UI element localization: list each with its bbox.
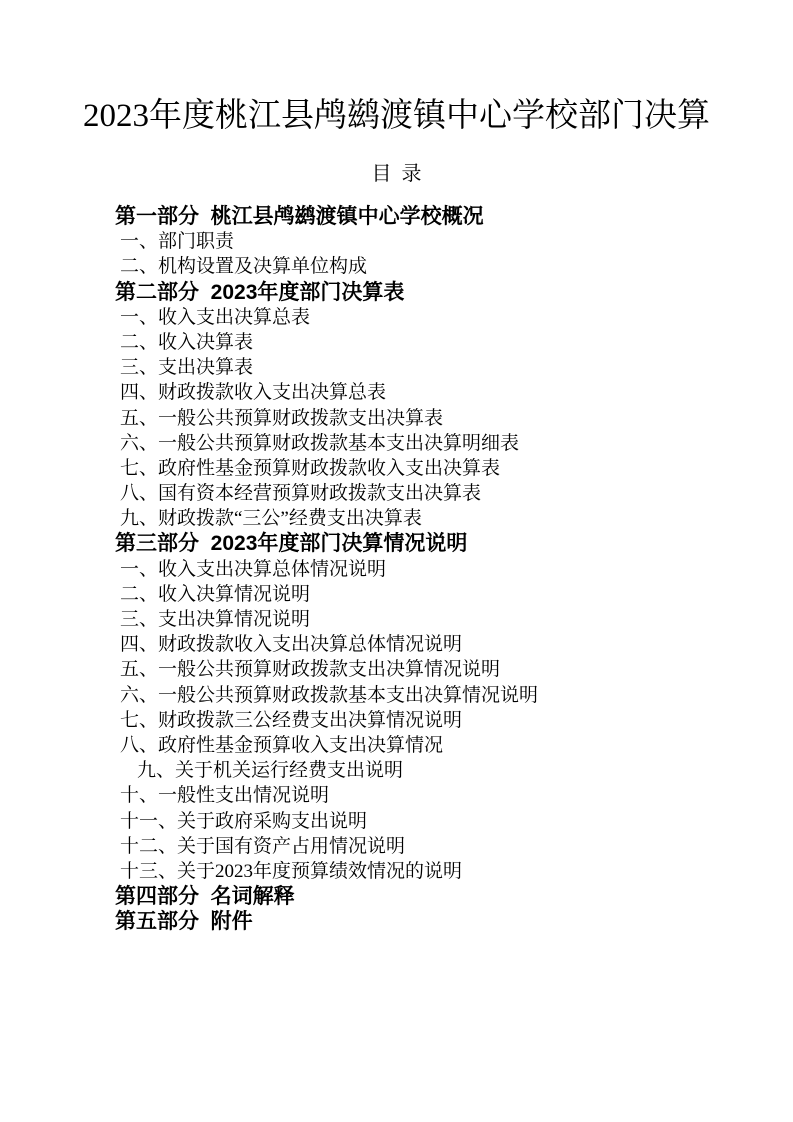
toc-item: 七、政府性基金预算财政拨款收入支出决算表: [0, 456, 793, 481]
toc-item: 八、政府性基金预算收入支出决算情况: [0, 733, 793, 758]
toc-item: 七、财政拨款三公经费支出决算情况说明: [0, 708, 793, 733]
toc-part-heading: 第一部分 桃江县鸬鹚渡镇中心学校概况: [0, 204, 793, 229]
toc-part-heading: 第三部分 2023年度部门决算情况说明: [0, 531, 793, 556]
toc-item: 二、收入决算表: [0, 330, 793, 355]
toc-item: 五、一般公共预算财政拨款支出决算情况说明: [0, 657, 793, 682]
toc-part-heading: 第四部分 名词解释: [0, 884, 793, 909]
toc-item: 一、收入支出决算总体情况说明: [0, 557, 793, 582]
toc-item: 九、关于机关运行经费支出说明: [0, 758, 793, 783]
toc-item: 四、财政拨款收入支出决算总体情况说明: [0, 632, 793, 657]
document-page: 2023年度桃江县鸬鹚渡镇中心学校部门决算 目 录 第一部分 桃江县鸬鹚渡镇中心…: [0, 0, 793, 1122]
toc-item: 八、国有资本经营预算财政拨款支出决算表: [0, 481, 793, 506]
toc-item: 五、一般公共预算财政拨款支出决算表: [0, 406, 793, 431]
toc-item: 四、财政拨款收入支出决算总表: [0, 380, 793, 405]
toc-item: 二、机构设置及决算单位构成: [0, 254, 793, 279]
toc-item: 三、支出决算情况说明: [0, 607, 793, 632]
toc-part-heading: 第五部分 附件: [0, 909, 793, 934]
toc-item: 十一、关于政府采购支出说明: [0, 809, 793, 834]
toc-item: 十、一般性支出情况说明: [0, 783, 793, 808]
table-of-contents: 第一部分 桃江县鸬鹚渡镇中心学校概况一、部门职责二、机构设置及决算单位构成第二部…: [0, 204, 793, 934]
toc-part-heading: 第二部分 2023年度部门决算表: [0, 280, 793, 305]
toc-heading: 目 录: [0, 160, 793, 188]
toc-item: 十三、关于2023年度预算绩效情况的说明: [0, 859, 793, 884]
toc-item: 三、支出决算表: [0, 355, 793, 380]
toc-item: 六、一般公共预算财政拨款基本支出决算情况说明: [0, 683, 793, 708]
toc-item: 二、收入决算情况说明: [0, 582, 793, 607]
document-title: 2023年度桃江县鸬鹚渡镇中心学校部门决算: [0, 96, 793, 136]
toc-item: 六、一般公共预算财政拨款基本支出决算明细表: [0, 431, 793, 456]
toc-item: 十二、关于国有资产占用情况说明: [0, 834, 793, 859]
toc-item: 九、财政拨款“三公”经费支出决算表: [0, 506, 793, 531]
toc-item: 一、收入支出决算总表: [0, 305, 793, 330]
toc-item: 一、部门职责: [0, 229, 793, 254]
